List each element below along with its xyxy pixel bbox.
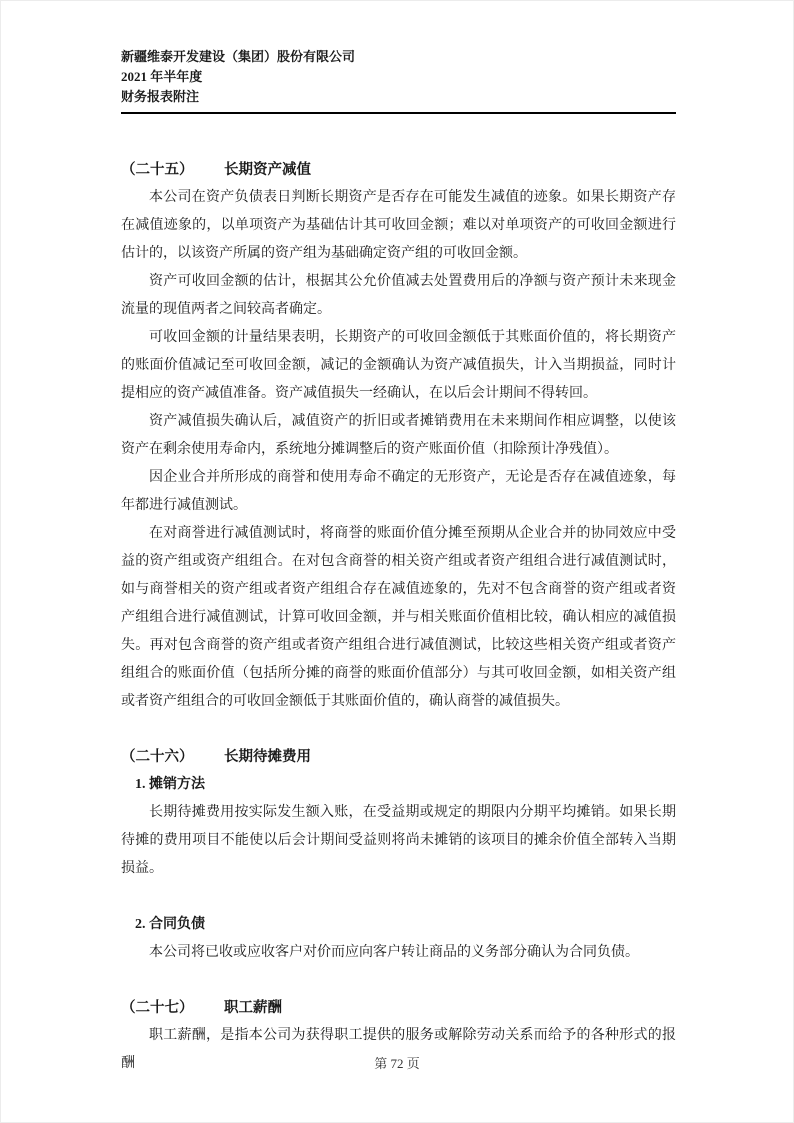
- body-paragraph: 长期待摊费用按实际发生额入账，在受益期或规定的期限内分期平均摊销。如果长期待摊的…: [121, 799, 676, 883]
- section-number: （二十五）: [121, 156, 224, 184]
- body-paragraph: 本公司在资产负债表日判断长期资产是否存在可能发生减值的迹象。如果长期资产存在减值…: [121, 184, 676, 268]
- content-blocks: （二十五）长期资产减值本公司在资产负债表日判断长期资产是否存在可能发生减值的迹象…: [121, 156, 676, 1078]
- section-heading: （二十七）职工薪酬: [121, 994, 676, 1022]
- page-number: 第 72 页: [374, 1056, 420, 1071]
- section-number: （二十七）: [121, 994, 224, 1022]
- document-page: 新疆维泰开发建设（集团）股份有限公司 2021 年半年度 财务报表附注 （二十五…: [0, 0, 794, 1123]
- numbered-subheading: 2. 合同负债: [121, 911, 676, 939]
- body-paragraph: 本公司将已收或应收客户对价而应向客户转让商品的义务部分确认为合同负债。: [121, 939, 676, 967]
- section-number: （二十六）: [121, 743, 224, 771]
- page-footer: 第 72 页: [1, 1053, 793, 1072]
- body-paragraph: 资产可收回金额的估计，根据其公允价值减去处置费用后的净额与资产预计未来现金流量的…: [121, 268, 676, 324]
- body-paragraph: 在对商誉进行减值测试时，将商誉的账面价值分摊至预期从企业合并的协同效应中受益的资…: [121, 520, 676, 716]
- section-heading: （二十六）长期待摊费用: [121, 743, 676, 771]
- numbered-subheading: 1. 摊销方法: [121, 771, 676, 799]
- section-heading: （二十五）长期资产减值: [121, 156, 676, 184]
- section-title: 长期待摊费用: [224, 749, 311, 765]
- section-title: 长期资产减值: [224, 162, 311, 178]
- body-paragraph: 资产减值损失确认后，减值资产的折旧或者摊销费用在未来期间作相应调整，以使该资产在…: [121, 408, 676, 464]
- report-period: 2021 年半年度: [121, 67, 676, 87]
- company-name: 新疆维泰开发建设（集团）股份有限公司: [121, 47, 676, 67]
- body-paragraph: 可收回金额的计量结果表明，长期资产的可收回金额低于其账面价值的，将长期资产的账面…: [121, 324, 676, 408]
- report-header: 新疆维泰开发建设（集团）股份有限公司 2021 年半年度 财务报表附注: [121, 47, 676, 114]
- section-title: 职工薪酬: [224, 1000, 282, 1016]
- document-title: 财务报表附注: [121, 87, 676, 107]
- body-paragraph: 因企业合并所形成的商誉和使用寿命不确定的无形资产，无论是否存在减值迹象，每年都进…: [121, 464, 676, 520]
